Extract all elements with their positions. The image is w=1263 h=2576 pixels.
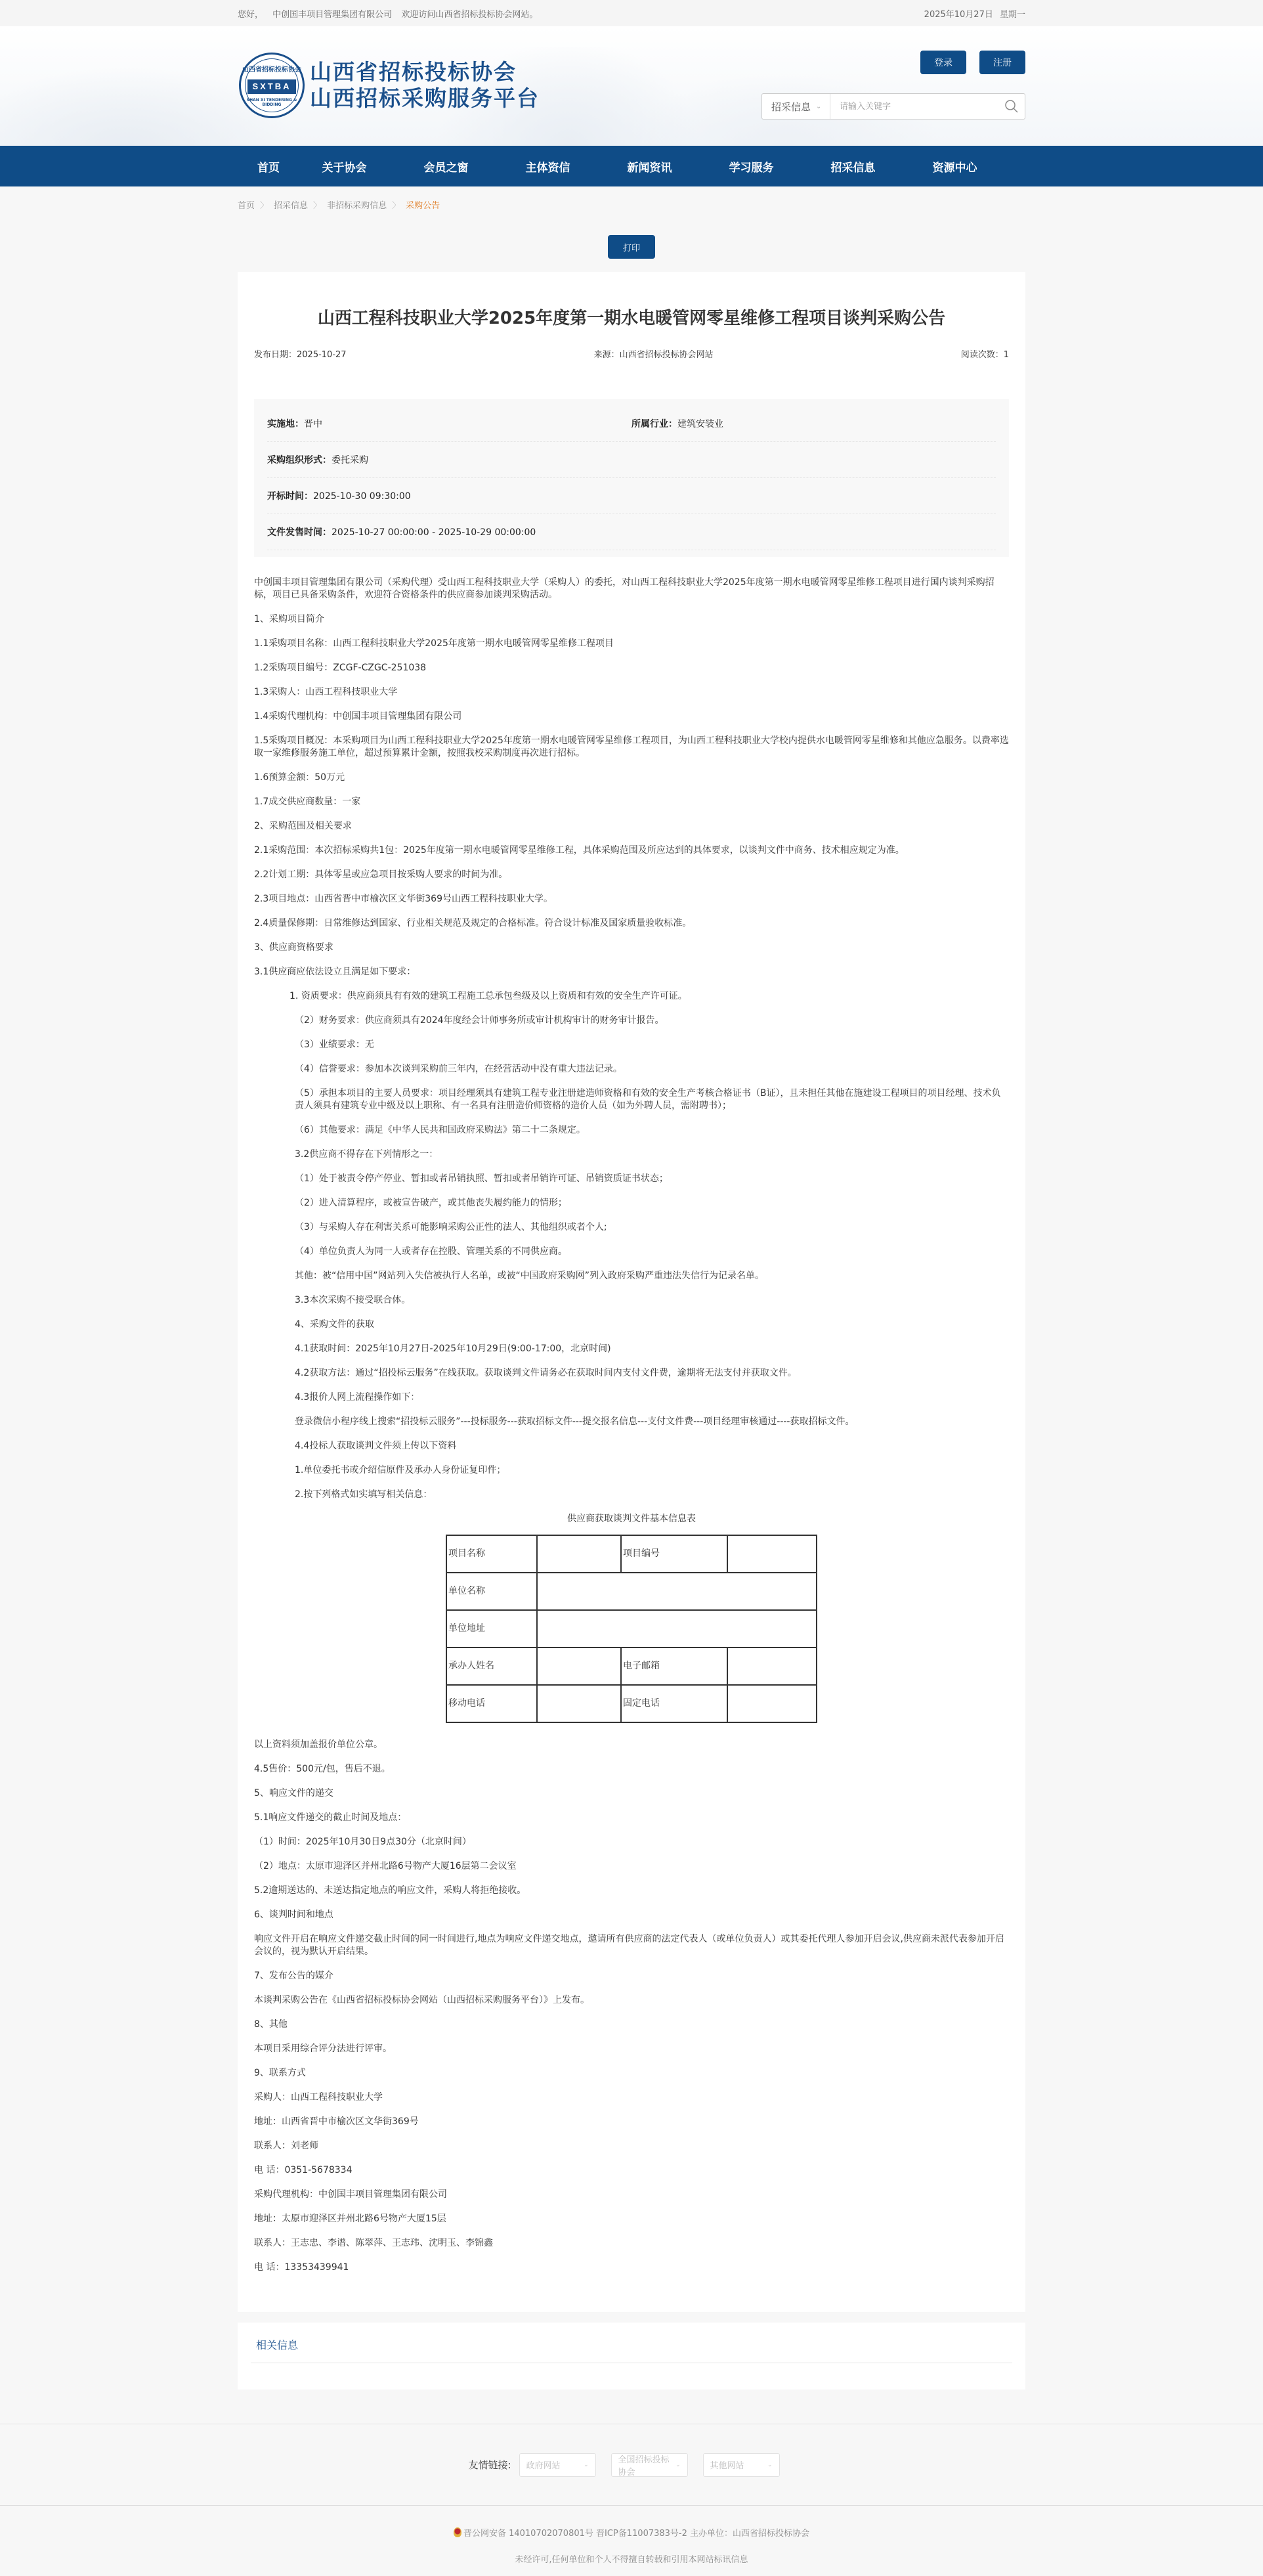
paragraph: 4.3报价人网上流程操作如下： bbox=[254, 1391, 1009, 1404]
search-input[interactable] bbox=[830, 94, 998, 119]
table-cell-label: 固定电话 bbox=[621, 1685, 727, 1722]
national-association-dropdown[interactable]: 全国招标投标协会 ⌄ bbox=[611, 2453, 688, 2477]
nav-item-members[interactable]: 会员之窗 bbox=[405, 158, 507, 175]
copyright: 晋公网安备 14010702070801号 晋ICP备11007383号-2 主… bbox=[0, 2506, 1263, 2576]
top-bar: 您好， 中创国丰项目管理集团有限公司 欢迎访问山西省招标投标协会网站。 2025… bbox=[0, 0, 1263, 26]
logo-subtitle: 山西招标采购服务平台 bbox=[310, 85, 540, 112]
section-heading: 9、联系方式 bbox=[254, 2067, 1009, 2080]
register-button[interactable]: 注册 bbox=[979, 51, 1025, 74]
friendly-links-label: 友情链接: bbox=[468, 2458, 511, 2472]
related-info-title: 相关信息 bbox=[251, 2337, 1012, 2363]
article-title: 山西工程科技职业大学2025年度第一期水电暖管网零星维修工程项目谈判采购公告 bbox=[254, 305, 1009, 329]
location-value: 晋中 bbox=[304, 419, 322, 429]
section-heading: 8、其他 bbox=[254, 2019, 1009, 2031]
main-nav: 首页 关于协会 会员之窗 主体资信 新闻资讯 学习服务 招采信息 资源中心 bbox=[0, 146, 1263, 186]
login-button[interactable]: 登录 bbox=[920, 51, 966, 74]
contact-line: 采购代理机构：中创国丰项目管理集团有限公司 bbox=[254, 2189, 1009, 2201]
print-button[interactable]: 打印 bbox=[608, 235, 655, 259]
section-heading: 1、采购项目简介 bbox=[254, 613, 1009, 626]
table-cell-blank bbox=[727, 1685, 817, 1722]
section-heading: 3、供应商资格要求 bbox=[254, 942, 1009, 954]
paragraph: 4.5售价：500元/包，售后不退。 bbox=[254, 1763, 1009, 1776]
site-header: 山西省招标投标协会 SXTBA SHAN XI TENDERING & BIDD… bbox=[0, 26, 1263, 146]
project-info-box: 实施地：晋中 所属行业：建筑安装业 采购组织形式：委托采购 开标时间：2025-… bbox=[254, 399, 1009, 557]
table-title: 供应商获取谈判文件基本信息表 bbox=[254, 1513, 1009, 1525]
org-form-value: 委托采购 bbox=[332, 455, 368, 466]
table-cell-blank bbox=[537, 1648, 621, 1685]
table-cell-blank bbox=[537, 1610, 817, 1648]
list-item: 1. 资质要求：供应商须具有有效的建筑工程施工总承包叁级及以上资质和有效的安全生… bbox=[254, 990, 1009, 1003]
paragraph: 2.1采购范围：本次招标采购共1包：2025年度第一期水电暖管网零星维修工程，具… bbox=[254, 844, 1009, 857]
search-icon bbox=[1004, 99, 1019, 114]
publish-date: 发布日期：2025-10-27 bbox=[254, 347, 347, 360]
list-item: （2）财务要求：供应商须具有2024年度经会计师事务所或审计机构审计的财务审计报… bbox=[254, 1015, 1009, 1027]
breadcrumb: 首页 〉 招采信息 〉 非招标采购信息 〉 采购公告 bbox=[238, 186, 1025, 222]
table-cell-label: 移动电话 bbox=[446, 1685, 537, 1722]
section-heading: 2、采购范围及相关要求 bbox=[254, 820, 1009, 833]
list-item: （1）处于被责令停产停业、暂扣或者吊销执照、暂扣或者吊销许可证、吊销资质证书状态… bbox=[254, 1173, 1009, 1185]
breadcrumb-current: 采购公告 bbox=[406, 198, 440, 211]
copyright-notice: 未经许可,任何单位和个人不得擅自转载和引用本网站标讯信息 bbox=[0, 2554, 1263, 2576]
welcome-message: 您好， 中创国丰项目管理集团有限公司 欢迎访问山西省招标投标协会网站。 bbox=[238, 7, 538, 20]
table-row: 承办人姓名 电子邮箱 bbox=[446, 1648, 817, 1685]
record-info[interactable]: 晋公网安备 14010702070801号 晋ICP备11007383号-2 主… bbox=[463, 2529, 809, 2539]
table-row: 单位名称 bbox=[446, 1573, 817, 1610]
paragraph: 1.5采购项目概况：本采购项目为山西工程科技职业大学2025年度第一期水电暖管网… bbox=[254, 735, 1009, 760]
paragraph: 本项目采用综合评分法进行评审。 bbox=[254, 2043, 1009, 2055]
list-item: 2.按下列格式如实填写相关信息： bbox=[254, 1489, 1009, 1501]
paragraph: 1.3采购人：山西工程科技职业大学 bbox=[254, 686, 1009, 699]
nav-item-learning[interactable]: 学习服务 bbox=[710, 158, 812, 175]
paragraph: 5.1响应文件递交的截止时间及地点： bbox=[254, 1812, 1009, 1824]
chevron-down-icon: ⌄ bbox=[584, 2462, 589, 2468]
article-meta: 发布日期：2025-10-27 来源：山西省招标投标协会网站 阅读次数：1 bbox=[254, 347, 1009, 360]
dropdown-label: 全国招标投标协会 bbox=[618, 2453, 675, 2478]
paragraph: 2.3项目地点：山西省晋中市榆次区文华街369号山西工程科技职业大学。 bbox=[254, 893, 1009, 906]
paragraph: 响应文件开启在响应文件递交截止时间的同一时间进行,地点为响应文件递交地点，邀请所… bbox=[254, 1933, 1009, 1958]
article-body: 中创国丰项目管理集团有限公司（采购代理）受山西工程科技职业大学（采购人）的委托，… bbox=[254, 577, 1009, 2274]
list-item: （4）单位负责人为同一人或者存在控股、管理关系的不同供应商。 bbox=[254, 1246, 1009, 1258]
nav-item-news[interactable]: 新闻资讯 bbox=[609, 158, 710, 175]
friendly-links: 友情链接: 政府网站 ⌄ 全国招标投标协会 ⌄ 其他网站 ⌄ bbox=[0, 2424, 1263, 2506]
search-button[interactable] bbox=[998, 94, 1025, 119]
location-label: 实施地： bbox=[267, 419, 304, 429]
search-category-value: 招采信息 bbox=[771, 100, 811, 114]
paragraph: 3.3本次采购不接受联合体。 bbox=[254, 1294, 1009, 1307]
user-company: 中创国丰项目管理集团有限公司 bbox=[272, 10, 392, 20]
search-bar: 招采信息 ⌄ bbox=[761, 93, 1025, 120]
table-cell-label: 项目名称 bbox=[446, 1535, 537, 1573]
sale-time-label: 文件发售时间： bbox=[267, 527, 332, 538]
nav-item-resources[interactable]: 资源中心 bbox=[914, 158, 1016, 175]
table-row: 单位地址 bbox=[446, 1610, 817, 1648]
list-item: 1.单位委托书或介绍信原件及承办人身份证复印件； bbox=[254, 1464, 1009, 1477]
logo-title: 山西省招标投标协会 bbox=[310, 59, 540, 85]
table-row: 移动电话 固定电话 bbox=[446, 1685, 817, 1722]
paragraph: 5.2逾期送达的、未送达指定地点的响应文件，采购人将拒绝接收。 bbox=[254, 1885, 1009, 1897]
chevron-down-icon: ⌄ bbox=[767, 2462, 773, 2468]
list-item: （6）其他要求：满足《中华人民共和国政府采购法》第二十二条规定。 bbox=[254, 1124, 1009, 1137]
chevron-down-icon: ⌄ bbox=[675, 2462, 681, 2468]
section-heading: 6、谈判时间和地点 bbox=[254, 1909, 1009, 1921]
seal-en-text: SHAN XI TENDERING & BIDDING bbox=[241, 98, 303, 107]
table-cell-label: 单位地址 bbox=[446, 1610, 537, 1648]
article-source: 来源：山西省招标投标协会网站 bbox=[594, 347, 714, 360]
paragraph: 3.2供应商不得存在下列情形之一： bbox=[254, 1148, 1009, 1161]
table-cell-blank bbox=[537, 1573, 817, 1610]
date-display: 2025年10月27日 星期一 bbox=[924, 7, 1025, 20]
paragraph: 1.1采购项目名称：山西工程科技职业大学2025年度第一期水电暖管网零星维修工程… bbox=[254, 638, 1009, 650]
seal-abbr: SXTBA bbox=[247, 79, 296, 94]
greeting-text: 您好， bbox=[238, 10, 263, 20]
table-cell-blank bbox=[537, 1685, 621, 1722]
police-badge-icon bbox=[454, 2527, 461, 2537]
search-category-select[interactable]: 招采信息 ⌄ bbox=[762, 94, 830, 119]
current-weekday: 星期一 bbox=[1000, 10, 1025, 20]
breadcrumb-non-tender[interactable]: 非招标采购信息 bbox=[327, 198, 387, 211]
table-cell-label: 项目编号 bbox=[621, 1535, 727, 1573]
nav-item-home[interactable]: 首页 bbox=[238, 158, 303, 175]
paragraph: 4.2获取方法：通过“招投标云服务”在线获取。获取谈判文件请务必在获取时间内支付… bbox=[254, 1367, 1009, 1380]
paragraph: 以上资料须加盖报价单位公章。 bbox=[254, 1739, 1009, 1751]
related-info-section: 相关信息 bbox=[238, 2323, 1025, 2390]
industry-value: 建筑安装业 bbox=[677, 419, 723, 429]
paragraph: 4.1获取时间：2025年10月27日-2025年10月29日(9:00-17:… bbox=[254, 1343, 1009, 1355]
nav-item-about[interactable]: 关于协会 bbox=[303, 158, 405, 175]
contact-line: 采购人：山西工程科技职业大学 bbox=[254, 2091, 1009, 2104]
contact-line: 联系人：刘老师 bbox=[254, 2140, 1009, 2152]
paragraph: 其他：被“信用中国”网站列入失信被执行人名单，或被“中国政府采购网”列入政府采购… bbox=[254, 1270, 1009, 1282]
list-item: （2）进入清算程序，或被宣告破产，或其他丧失履约能力的情形； bbox=[254, 1197, 1009, 1210]
list-item: （5）承担本项目的主要人员要求：项目经理须具有建筑工程专业注册建造师资格和有效的… bbox=[254, 1087, 1009, 1112]
open-time-label: 开标时间： bbox=[267, 491, 313, 502]
gov-sites-dropdown[interactable]: 政府网站 ⌄ bbox=[519, 2453, 596, 2477]
auth-buttons: 登录 注册 bbox=[920, 51, 1025, 74]
paragraph: 1.6预算金额：50万元 bbox=[254, 772, 1009, 784]
read-count: 阅读次数：1 bbox=[961, 347, 1009, 360]
paragraph: 2.2计划工期：具体零星或应急项目按采购人要求的时间为准。 bbox=[254, 869, 1009, 881]
paragraph: 4.4投标人获取谈判文件须上传以下资料 bbox=[254, 1440, 1009, 1452]
paragraph: 1.4采购代理机构：中创国丰项目管理集团有限公司 bbox=[254, 710, 1009, 723]
contact-line: 地址：太原市迎泽区并州北路6号物产大厦15层 bbox=[254, 2213, 1009, 2225]
list-item: （4）信誉要求：参加本次谈判采购前三年内，在经营活动中没有重大违法记录。 bbox=[254, 1063, 1009, 1076]
paragraph: 3.1供应商应依法设立且满足如下要求： bbox=[254, 966, 1009, 978]
nav-item-credit[interactable]: 主体资信 bbox=[507, 158, 609, 175]
chevron-right-icon: 〉 bbox=[392, 198, 400, 211]
paragraph: 1.2采购项目编号：ZCGF-CZGC-251038 bbox=[254, 662, 1009, 674]
paragraph: 本谈判采购公告在《山西省招标投标协会网站（山西招标采购服务平台）》上发布。 bbox=[254, 1994, 1009, 2007]
breadcrumb-procurement-info[interactable]: 招采信息 bbox=[274, 198, 308, 211]
section-heading: 5、响应文件的递交 bbox=[254, 1787, 1009, 1800]
current-date: 2025年10月27日 bbox=[924, 10, 993, 20]
list-item: （3）与采购人存在利害关系可能影响采购公正性的法人、其他组织或者个人; bbox=[254, 1221, 1009, 1234]
other-sites-dropdown[interactable]: 其他网站 ⌄ bbox=[703, 2453, 780, 2477]
industry-label: 所属行业： bbox=[631, 419, 677, 429]
association-seal-icon: 山西省招标投标协会 SXTBA SHAN XI TENDERING & BIDD… bbox=[239, 53, 305, 118]
paragraph: 1.7成交供应商数量：一家 bbox=[254, 796, 1009, 808]
table-cell-label: 电子邮箱 bbox=[621, 1648, 727, 1685]
list-item: （1）时间：2025年10月30日9点30分（北京时间） bbox=[254, 1836, 1009, 1848]
table-cell-blank bbox=[537, 1535, 621, 1573]
article-card: 山西工程科技职业大学2025年度第一期水电暖管网零星维修工程项目谈判采购公告 发… bbox=[238, 272, 1025, 2312]
section-heading: 4、采购文件的获取 bbox=[254, 1319, 1009, 1331]
seal-cn-text: 山西省招标投标协会 bbox=[241, 64, 303, 74]
site-footer: 友情链接: 政府网站 ⌄ 全国招标投标协会 ⌄ 其他网站 ⌄ 晋公网安备 140… bbox=[0, 2424, 1263, 2576]
dropdown-label: 政府网站 bbox=[526, 2458, 561, 2471]
sale-time-value: 2025-10-27 00:00:00 - 2025-10-29 00:00:0… bbox=[332, 527, 536, 538]
contact-line: 联系人：王志忠、李谱、陈翠萍、王志玮、沈明玉、李锦鑫 bbox=[254, 2237, 1009, 2250]
table-cell-label: 单位名称 bbox=[446, 1573, 537, 1610]
table-cell-label: 承办人姓名 bbox=[446, 1648, 537, 1685]
paragraph: 2.4质量保修期：日常维修达到国家、行业相关规范及规定的合格标准。符合设计标准及… bbox=[254, 917, 1009, 930]
section-heading: 7、发布公告的媒介 bbox=[254, 1970, 1009, 1982]
site-logo[interactable]: 山西省招标投标协会 SXTBA SHAN XI TENDERING & BIDD… bbox=[239, 53, 540, 118]
contact-line: 电 话：13353439941 bbox=[254, 2261, 1009, 2274]
table-row: 项目名称 项目编号 bbox=[446, 1535, 817, 1573]
list-item: （2）地点：太原市迎泽区并州北路6号物产大厦16层第二会议室 bbox=[254, 1860, 1009, 1873]
table-cell-blank bbox=[727, 1648, 817, 1685]
dropdown-label: 其他网站 bbox=[710, 2458, 744, 2471]
chevron-right-icon: 〉 bbox=[313, 198, 322, 211]
welcome-text: 欢迎访问山西省招标投标协会网站。 bbox=[401, 10, 538, 20]
open-time-value: 2025-10-30 09:30:00 bbox=[313, 491, 411, 502]
nav-item-procurement[interactable]: 招采信息 bbox=[812, 158, 914, 175]
supplier-info-table: 项目名称 项目编号 单位名称 单位地址 承办人姓名 电子邮箱 bbox=[446, 1535, 817, 1723]
chevron-down-icon: ⌄ bbox=[816, 103, 821, 110]
org-form-label: 采购组织形式： bbox=[267, 455, 332, 466]
contact-line: 地址：山西省晋中市榆次区文华街369号 bbox=[254, 2116, 1009, 2128]
paragraph: 登录微信小程序线上搜索“招投标云服务”---投标服务---获取招标文件---提交… bbox=[254, 1416, 1009, 1428]
list-item: （3）业绩要求：无 bbox=[254, 1039, 1009, 1051]
contact-line: 电 话：0351-5678334 bbox=[254, 2164, 1009, 2177]
table-cell-blank bbox=[727, 1535, 817, 1573]
paragraph: 中创国丰项目管理集团有限公司（采购代理）受山西工程科技职业大学（采购人）的委托，… bbox=[254, 577, 1009, 601]
chevron-right-icon: 〉 bbox=[260, 198, 268, 211]
breadcrumb-home[interactable]: 首页 bbox=[238, 198, 255, 211]
